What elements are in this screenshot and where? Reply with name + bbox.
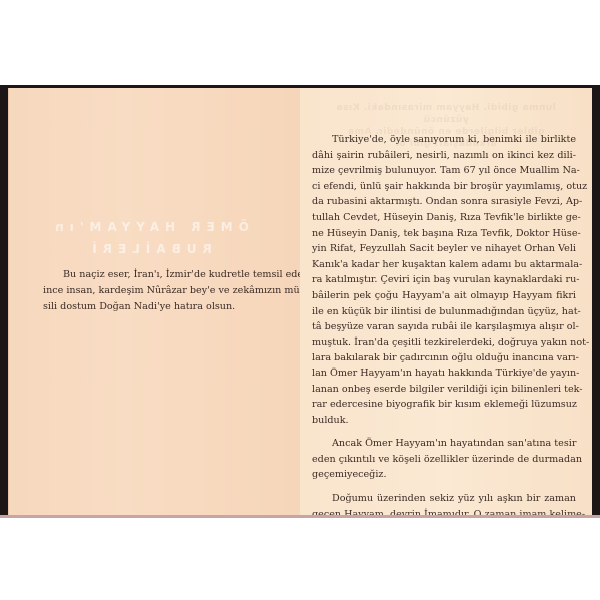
text-line: muştuk. İran'da çeşitli tezkirelerdeki, … (312, 335, 576, 351)
text-line: bâilerin pek çoğu Hayyam'a ait olmayıp H… (312, 288, 576, 304)
ghost-title-line: ÖMER HAYYAM'ın (19, 216, 279, 238)
dedication-text: Bu naçiz eser, İran'ı, İzmir'de kudretle… (43, 267, 287, 315)
right-page: lunma gibidi. Hayyam mirasındaki. Kısa y… (300, 88, 592, 515)
ghost-title-line: RUBAİLERİ (19, 238, 279, 260)
text-line: Doğumu üzerinden sekiz yüz yılı aşkın bi… (312, 491, 576, 507)
text-line: geçen Hayyam, devrin İmamıdır. O zaman i… (312, 507, 576, 515)
text-line: mize çevrilmiş bulunuyor. Tam 67 yıl önc… (312, 163, 576, 179)
text-line: lan Ömer Hayyam'ın hayatı hakkında Türki… (312, 366, 576, 382)
text-line: bulduk. (312, 413, 576, 429)
text-line: ile en küçük bir ilintisi de bulunmadığı… (312, 304, 576, 320)
open-book: ÖMER HAYYAM'ın RUBAİLERİ Bu naçiz eser, … (0, 85, 600, 518)
text-line: lara bakılarak bir çadırcının oğlu olduğ… (312, 350, 576, 366)
ghost-line: lunma gibidi. Hayyam mirasındaki. Kısa y… (316, 102, 576, 126)
text-line: ne Hüseyin Daniş, tek başına Rıza Tevfik… (312, 226, 576, 242)
text-line: yin Rifat, Feyzullah Sacit beyler ve nih… (312, 241, 576, 257)
text-line: eden çıkıntılı ve köşeli özellikler üzer… (312, 452, 576, 468)
dedication-line: ince insan, kardeşim Nûrâzar bey'e ve ze… (43, 283, 287, 299)
text-line: ra katılmıştır. Çeviri için baş vurulan … (312, 272, 576, 288)
text-line: ci efendi, ünlü şair hakkında bir broşür… (312, 179, 576, 195)
left-page: ÖMER HAYYAM'ın RUBAİLERİ Bu naçiz eser, … (8, 88, 301, 515)
text-line: geçemiyeceğiz. (312, 467, 576, 483)
text-line: da rubasini aktarmıştı. Ondan sonra sıra… (312, 194, 576, 210)
body-text: Türkiye'de, öyle sanıyorum ki, benimki i… (312, 132, 576, 515)
text-line: tâ beşyüze varan sayıda rubâi ile karşıl… (312, 319, 576, 335)
text-line: rar edercesine biyografik bir kısım ekle… (312, 397, 576, 413)
text-line: lanan onbeş eserde bilgiler verildiği iç… (312, 382, 576, 398)
text-line: Ancak Ömer Hayyam'ın hayatından san'atın… (312, 436, 576, 452)
paragraph-gap (312, 428, 576, 436)
text-line: tullah Cevdet, Hüseyin Daniş, Rıza Tevfi… (312, 210, 576, 226)
paragraph-3: Doğumu üzerinden sekiz yüz yılı aşkın bi… (312, 491, 576, 515)
text-line: dâhi şairin rubâileri, nesirli, nazımlı … (312, 148, 576, 164)
dedication-line: Bu naçiz eser, İran'ı, İzmir'de kudretle… (43, 267, 287, 283)
text-line: Türkiye'de, öyle sanıyorum ki, benimki i… (312, 132, 576, 148)
show-through-title: ÖMER HAYYAM'ın RUBAİLERİ (19, 216, 279, 260)
paragraph-gap (312, 483, 576, 491)
text-line: Kanık'a kadar her kuşaktan kalem adamı b… (312, 257, 576, 273)
book-bottom-edge (0, 515, 600, 518)
paragraph-1: Türkiye'de, öyle sanıyorum ki, benimki i… (312, 132, 576, 428)
paragraph-2: Ancak Ömer Hayyam'ın hayatından san'atın… (312, 436, 576, 483)
dedication-line: sili dostum Doğan Nadi'ye hatıra olsun. (43, 299, 287, 315)
